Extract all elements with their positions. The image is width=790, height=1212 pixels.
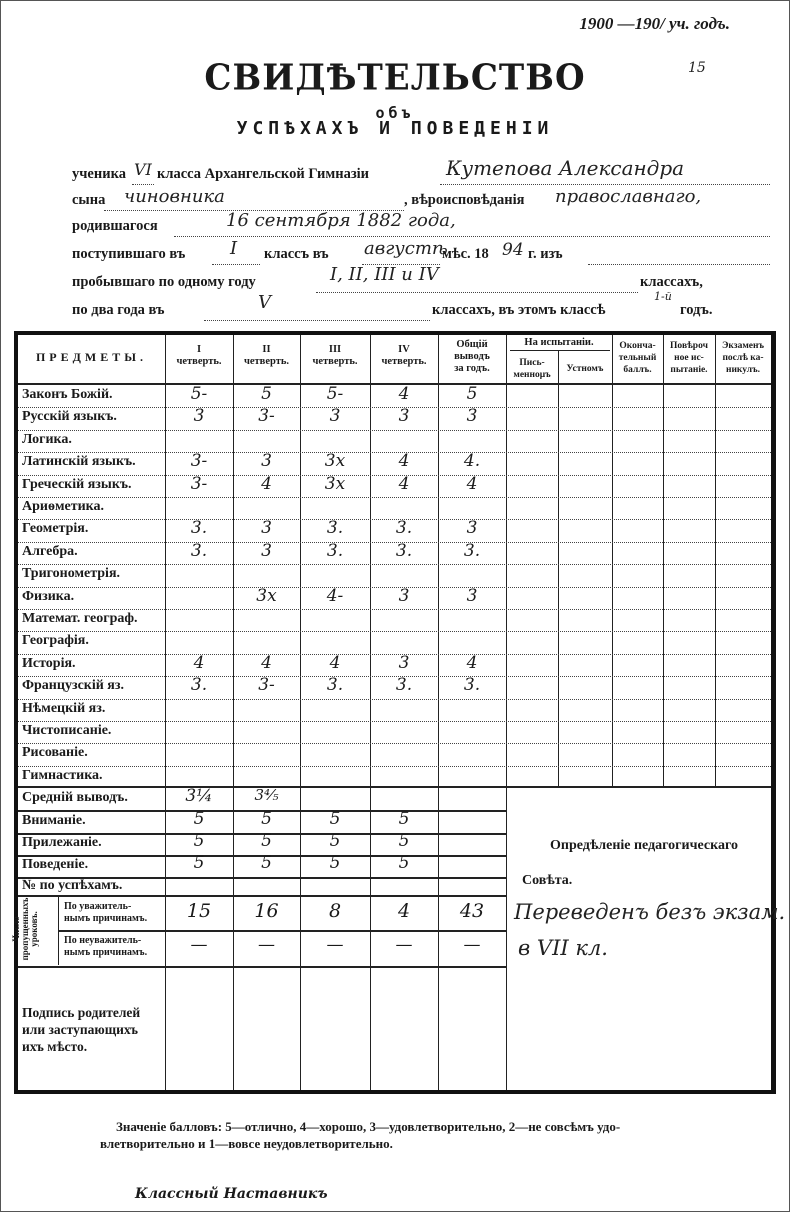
grade-q3: 3. xyxy=(300,675,370,695)
grade-q2: 3- xyxy=(233,406,300,426)
header-q2: IIчетверть. xyxy=(233,344,300,368)
grade-q3: 3. xyxy=(300,518,370,538)
grade-q2: 3 xyxy=(233,451,300,471)
excused-q3: 8 xyxy=(300,900,370,922)
unexcused-label-l2: нымъ причинамъ. xyxy=(64,947,147,959)
unexcused-label-l1: По неуважитель- xyxy=(64,935,147,947)
grade-q4: 3. xyxy=(370,675,438,695)
grade-q1: 3. xyxy=(165,541,233,561)
row-rule xyxy=(18,966,506,968)
missed-group-label: Число пропущенныхъ уроковъ. xyxy=(12,893,30,965)
excused-q4: 4 xyxy=(370,900,438,922)
grade-q4: 3 xyxy=(370,653,438,673)
grade-q2: 3 xyxy=(233,518,300,538)
school-year: 1900 —190/ уч. годъ. xyxy=(579,14,730,34)
header-subjects: ПРЕДМЕТЫ. xyxy=(18,351,165,363)
header-after-l2: послѣ ка- xyxy=(715,352,771,364)
header-yearly-l1: Общій xyxy=(438,339,506,351)
parents-sign-l3: ихъ мѣсто. xyxy=(22,1038,140,1055)
conduct-q2: 5 xyxy=(233,853,300,873)
row-divider xyxy=(18,609,771,610)
subject-label: Гимнастика. xyxy=(22,768,103,784)
conduct-q3: 5 xyxy=(300,831,370,851)
grade-year: 3 xyxy=(438,518,506,538)
grade-q1: 3- xyxy=(165,474,233,494)
col-divider xyxy=(506,335,507,1090)
col-divider xyxy=(663,335,664,787)
header-q4-label: четверть. xyxy=(370,356,438,368)
excused-q2: 16 xyxy=(233,900,300,922)
header-recheck: Повѣрочное ис-пытаніе. xyxy=(663,340,715,376)
unexcused-q4: — xyxy=(370,935,438,955)
grade-q2: 4 xyxy=(233,653,300,673)
unexcused-q2: — xyxy=(233,935,300,955)
label-gymnasium: класса Архангельской Гимназіи xyxy=(157,166,369,183)
conduct-q2: 5 xyxy=(233,831,300,851)
grade-q3: 4 xyxy=(300,653,370,673)
birth-value: 16 сентября 1882 года, xyxy=(226,210,456,231)
grade-q1: 3. xyxy=(165,518,233,538)
conduct-q4: 5 xyxy=(370,809,438,829)
entry-year-value: 94 xyxy=(502,240,524,260)
row-rule xyxy=(58,930,506,932)
col-divider xyxy=(438,335,439,1090)
label-from: г. изъ xyxy=(528,246,563,263)
grade-q3: 3 xyxy=(300,406,370,426)
conduct-label: Вниманіе. xyxy=(22,813,86,829)
entry-class-value: I xyxy=(230,238,237,259)
average-q2: 3⅘ xyxy=(233,786,300,804)
grade-q4: 3. xyxy=(370,518,438,538)
subject-label: Рисованіе. xyxy=(22,745,88,761)
conduct-q4: 5 xyxy=(370,853,438,873)
row-divider xyxy=(18,721,771,722)
document-title: СВИДѢТЕЛЬСТВО xyxy=(0,57,790,99)
row-divider xyxy=(18,699,771,700)
header-q4-num: IV xyxy=(370,344,438,356)
unexcused-q3: — xyxy=(300,935,370,955)
entry-month-value: августѣ xyxy=(364,238,448,259)
header-after-l1: Экзаменъ xyxy=(715,340,771,352)
label-this-class: классахъ, въ этомъ классѣ xyxy=(432,302,605,319)
excused-q1: 15 xyxy=(165,900,233,922)
subject-label: Нѣмецкій яз. xyxy=(22,701,105,717)
row-divider xyxy=(18,743,771,744)
col-divider xyxy=(233,335,234,1090)
grade-q3: 3x xyxy=(300,451,370,471)
subject-label: Русскій языкъ. xyxy=(22,409,117,425)
unexcused-year: — xyxy=(438,935,506,955)
grade-year: 3. xyxy=(438,541,506,561)
excused-label-l2: нымъ причинамъ. xyxy=(64,913,147,925)
header-final-l3: баллъ. xyxy=(612,364,663,376)
header-q2-label: четверть. xyxy=(233,356,300,368)
grade-q1: 3. xyxy=(165,675,233,695)
religion-value: православнаго, xyxy=(555,186,701,207)
excused-label-l1: По уважитель- xyxy=(64,901,147,913)
header-q4: IVчетверть. xyxy=(370,344,438,368)
header-yearly-l2: выводъ xyxy=(438,351,506,363)
grade-year: 3 xyxy=(438,406,506,426)
label-born: родившагося xyxy=(72,218,158,235)
row-divider xyxy=(18,631,771,632)
col-divider xyxy=(370,335,371,1090)
conduct-q2: 5 xyxy=(233,809,300,829)
grade-year: 4. xyxy=(438,451,506,471)
grade-q3: 5- xyxy=(300,384,370,404)
student-name-value: Кутепова Александра xyxy=(446,156,684,180)
header-q2-num: II xyxy=(233,344,300,356)
header-exam-group: На испытаніи. xyxy=(506,337,612,349)
grade-q1: 3- xyxy=(165,451,233,471)
grade-year: 3. xyxy=(438,675,506,695)
header-q1-label: четверть. xyxy=(165,356,233,368)
header-written: Пись-меннομъ xyxy=(506,357,558,381)
average-q1: 3¼ xyxy=(165,786,233,806)
header-written-l1: Пись- xyxy=(506,357,558,369)
parents-sign-l1: Подпись родителей xyxy=(22,1004,140,1021)
header-q3-label: четверть. xyxy=(300,356,370,368)
council-decision-2: в VII кл. xyxy=(518,936,608,960)
class-num-value: VI xyxy=(134,160,152,179)
grade-q3: 4- xyxy=(300,586,370,606)
grade-q1: 4 xyxy=(165,653,233,673)
grade-q2: 3- xyxy=(233,675,300,695)
header-q3: IIIчетверть. xyxy=(300,344,370,368)
header-oral: Устномъ xyxy=(558,363,612,375)
row-divider xyxy=(18,564,771,565)
subject-label: Греческій языкъ. xyxy=(22,477,132,493)
row-divider xyxy=(18,766,771,767)
father-rank-value: чиновника xyxy=(124,186,225,207)
subject-label: Логика. xyxy=(22,432,72,448)
label-student: ученика xyxy=(72,166,126,183)
col-divider xyxy=(165,335,166,1090)
label-two-years: по два года въ xyxy=(72,302,164,319)
header-final: Оконча-тельныйбаллъ. xyxy=(612,340,663,376)
one-year-classes-value: I, II, III и IV xyxy=(330,264,439,285)
from-field xyxy=(588,246,770,265)
col-divider xyxy=(300,335,301,1090)
council-decision-1: Переведенъ безъ экзам. xyxy=(514,900,785,924)
grade-year: 5 xyxy=(438,384,506,404)
grade-q3: 3. xyxy=(300,541,370,561)
label-classes: классахъ, xyxy=(640,274,703,291)
grade-q2: 4 xyxy=(233,474,300,494)
unexcused-q1: — xyxy=(165,935,233,955)
header-final-l1: Оконча- xyxy=(612,340,663,352)
class-mentor-label: Классный Наставникъ xyxy=(135,1186,328,1202)
grade-legend-l1: Значеніе балловъ: 5—отлично, 4—хорошо, 3… xyxy=(100,1118,740,1135)
header-yearly-l3: за годъ. xyxy=(438,363,506,375)
summary-rule xyxy=(18,786,771,788)
council-title-2: Совѣта. xyxy=(522,873,572,889)
subject-label: Чистописаніе. xyxy=(22,723,111,739)
label-religion: , вѣроисповѣданія xyxy=(404,192,524,209)
grades-table xyxy=(14,331,776,1094)
parents-signature-label: Подпись родителей или заступающихъ ихъ м… xyxy=(22,1004,140,1055)
excused-label: По уважитель-нымъ причинамъ. xyxy=(64,901,147,925)
conduct-q3: 5 xyxy=(300,809,370,829)
header-recheck-l1: Повѣроч xyxy=(663,340,715,352)
two-year-classes-value: V xyxy=(258,292,271,313)
grade-year: 4 xyxy=(438,474,506,494)
row-divider xyxy=(18,497,771,498)
two-year-classes-field xyxy=(204,302,430,321)
header-written-l2: меннομъ xyxy=(506,369,558,381)
grade-q4: 3. xyxy=(370,541,438,561)
grade-q1: 3 xyxy=(165,406,233,426)
grade-q4: 3 xyxy=(370,406,438,426)
grade-year: 3 xyxy=(438,586,506,606)
council-title-1: Опредѣленіе педагогическаго xyxy=(550,838,738,854)
header-recheck-l3: пытаніе. xyxy=(663,364,715,376)
row-divider xyxy=(18,430,771,431)
grade-legend-l2: влетворительно и 1—вовсе неудовлетворите… xyxy=(100,1135,740,1152)
subject-label: Математ. географ. xyxy=(22,611,138,627)
subject-label: Тригонометрія. xyxy=(22,566,120,582)
parents-sign-l2: или заступающихъ xyxy=(22,1021,140,1038)
conduct-q4: 5 xyxy=(370,831,438,851)
subject-label: Геометрія. xyxy=(22,521,88,537)
header-recheck-l2: ное ис- xyxy=(663,352,715,364)
subject-label: Законъ Божій. xyxy=(22,387,113,403)
col-divider xyxy=(715,335,716,787)
subject-label: Ариѳметика. xyxy=(22,499,104,515)
grade-q2: 5 xyxy=(233,384,300,404)
conduct-q1: 5 xyxy=(165,831,233,851)
grade-q4: 3 xyxy=(370,586,438,606)
conduct-q1: 5 xyxy=(165,809,233,829)
header-q3-num: III xyxy=(300,344,370,356)
subject-label: Физика. xyxy=(22,589,74,605)
subject-label: Алгебра. xyxy=(22,544,78,560)
header-q1: Iчетверть. xyxy=(165,344,233,368)
this-class-years-value: 1-й xyxy=(654,290,672,303)
header-after-l3: никулъ. xyxy=(715,364,771,376)
conduct-label: Поведеніе. xyxy=(22,857,88,873)
grade-q4: 4 xyxy=(370,474,438,494)
conduct-q3: 5 xyxy=(300,853,370,873)
header-q1-num: I xyxy=(165,344,233,356)
exam-group-underline xyxy=(510,350,610,351)
subject-label: Французскій яз. xyxy=(22,678,124,694)
subject-label: Географія. xyxy=(22,633,89,649)
grade-q3: 3x xyxy=(300,474,370,494)
average-label: Средній выводъ. xyxy=(22,790,128,806)
grade-legend: Значеніе балловъ: 5—отлично, 4—хорошо, 3… xyxy=(100,1118,740,1152)
grade-q2: 3x xyxy=(233,586,300,606)
label-entered: поступившаго въ xyxy=(72,246,185,263)
label-one-year: пробывшаго по одному году xyxy=(72,274,256,291)
excused-year: 43 xyxy=(438,900,506,922)
rank-label: № по успѣхамъ. xyxy=(22,878,122,894)
label-year: годъ. xyxy=(680,302,712,319)
conduct-label: Прилежаніе. xyxy=(22,835,102,851)
header-final-l2: тельный xyxy=(612,352,663,364)
grade-q1: 5- xyxy=(165,384,233,404)
col-divider xyxy=(612,335,613,787)
grade-year: 4 xyxy=(438,653,506,673)
header-yearly: Общійвыводъза годъ. xyxy=(438,339,506,375)
document-subtitle-2: УСПѢХАХЪ И ПОВЕДЕНІИ xyxy=(0,118,790,139)
unexcused-label: По неуважитель-нымъ причинамъ. xyxy=(64,935,147,959)
subject-label: Латинскій языкъ. xyxy=(22,454,136,470)
grade-q4: 4 xyxy=(370,384,438,404)
label-class-in: классъ въ xyxy=(264,246,329,263)
subject-label: Исторія. xyxy=(22,656,76,672)
label-month-year: мѣс. 18 xyxy=(442,246,489,263)
row-rule xyxy=(18,895,506,897)
conduct-q1: 5 xyxy=(165,853,233,873)
header-after-holidays: Экзаменъпослѣ ка-никулъ. xyxy=(715,340,771,376)
grade-q2: 3 xyxy=(233,541,300,561)
label-son-of: сына xyxy=(72,192,105,209)
grade-q4: 4 xyxy=(370,451,438,471)
